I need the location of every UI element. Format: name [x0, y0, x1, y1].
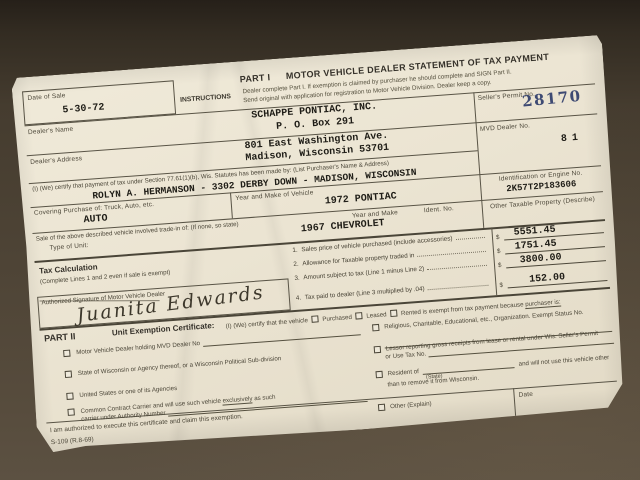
tax-payment-form: Date of Sale 5-30-72 INSTRUCTIONS PART I…: [11, 35, 629, 453]
date-of-sale-value: 5-30-72: [62, 102, 105, 116]
checkbox-state-of-wisconsin: [65, 371, 72, 378]
checkbox-religious-org: [372, 324, 379, 331]
dealer-address-label: Dealer's Address: [30, 155, 83, 166]
checkbox-lessor: [374, 346, 381, 353]
option-leased-label: Leased: [366, 311, 387, 319]
option-rented-label: Rented: [401, 309, 421, 317]
checkbox-resident: [375, 371, 382, 378]
checkbox-leased: [355, 312, 362, 319]
checkbox-purchased: [311, 315, 318, 322]
dotted-leader: [427, 265, 487, 270]
checkbox-rented: [390, 310, 397, 317]
checkbox-common-contract-carrier: [67, 408, 74, 415]
currency-sign: $: [497, 248, 501, 255]
covering-purchase-value: AUTO: [83, 214, 108, 227]
tax-line-4-label: Tax paid to dealer (Line 3 multiplied by…: [305, 285, 425, 301]
checkbox-mvd-dealer: [63, 350, 70, 357]
part1-label: PART I: [239, 72, 270, 84]
checkbox-united-states: [66, 392, 73, 399]
currency-sign: $: [499, 282, 503, 289]
checkbox-other: [378, 404, 385, 411]
tax-line-4-num: 4.: [296, 294, 305, 302]
tax-calculation-title: Tax Calculation: [39, 262, 98, 275]
tax-line-1-num: 1.: [292, 246, 301, 254]
dotted-leader: [428, 285, 489, 290]
tax-line-3-label: Amount subject to tax (Line 1 minus Line…: [303, 265, 424, 281]
form-number: S-109 (R.8-69): [51, 436, 94, 446]
currency-sign: $: [496, 234, 500, 241]
part2-certify-emphasis: purchaser is:: [525, 299, 561, 310]
dotted-leader: [456, 237, 485, 240]
mvd-dealer-no-value: 81: [561, 132, 584, 145]
type-of-unit-label: Type of Unit:: [49, 242, 89, 252]
photo-background: Date of Sale 5-30-72 INSTRUCTIONS PART I…: [0, 0, 640, 480]
option-purchased-label: Purchased: [322, 314, 352, 323]
part2-label: PART II: [44, 331, 76, 343]
footer-date-label: Date: [518, 391, 533, 399]
instructions-label: INSTRUCTIONS: [180, 93, 231, 104]
dotted-leader: [417, 251, 486, 257]
rule: [513, 388, 516, 416]
tax-line-2-label: Allowance for Taxable property traded in: [302, 252, 414, 267]
tax-line-4-amount: 152.00: [507, 269, 608, 288]
date-of-sale-box: Date of Sale 5-30-72: [22, 80, 176, 125]
currency-sign: $: [498, 262, 502, 269]
part2-certify-pre: (I) (We) certify that the vehicle: [226, 317, 309, 330]
dealer-name-label: Dealer's Name: [28, 126, 74, 136]
tax-line-3-num: 3.: [294, 274, 303, 282]
trade-in-ident-no-label: Ident. No.: [424, 205, 455, 214]
rule: [230, 192, 233, 218]
date-of-sale-label: Date of Sale: [27, 92, 66, 102]
trade-in-label: Sale of the above described vehicle invo…: [36, 221, 239, 243]
mvd-dealer-no-label: MVD Dealer No.: [480, 122, 531, 133]
mvd-dealer-no-blank: [203, 327, 361, 347]
